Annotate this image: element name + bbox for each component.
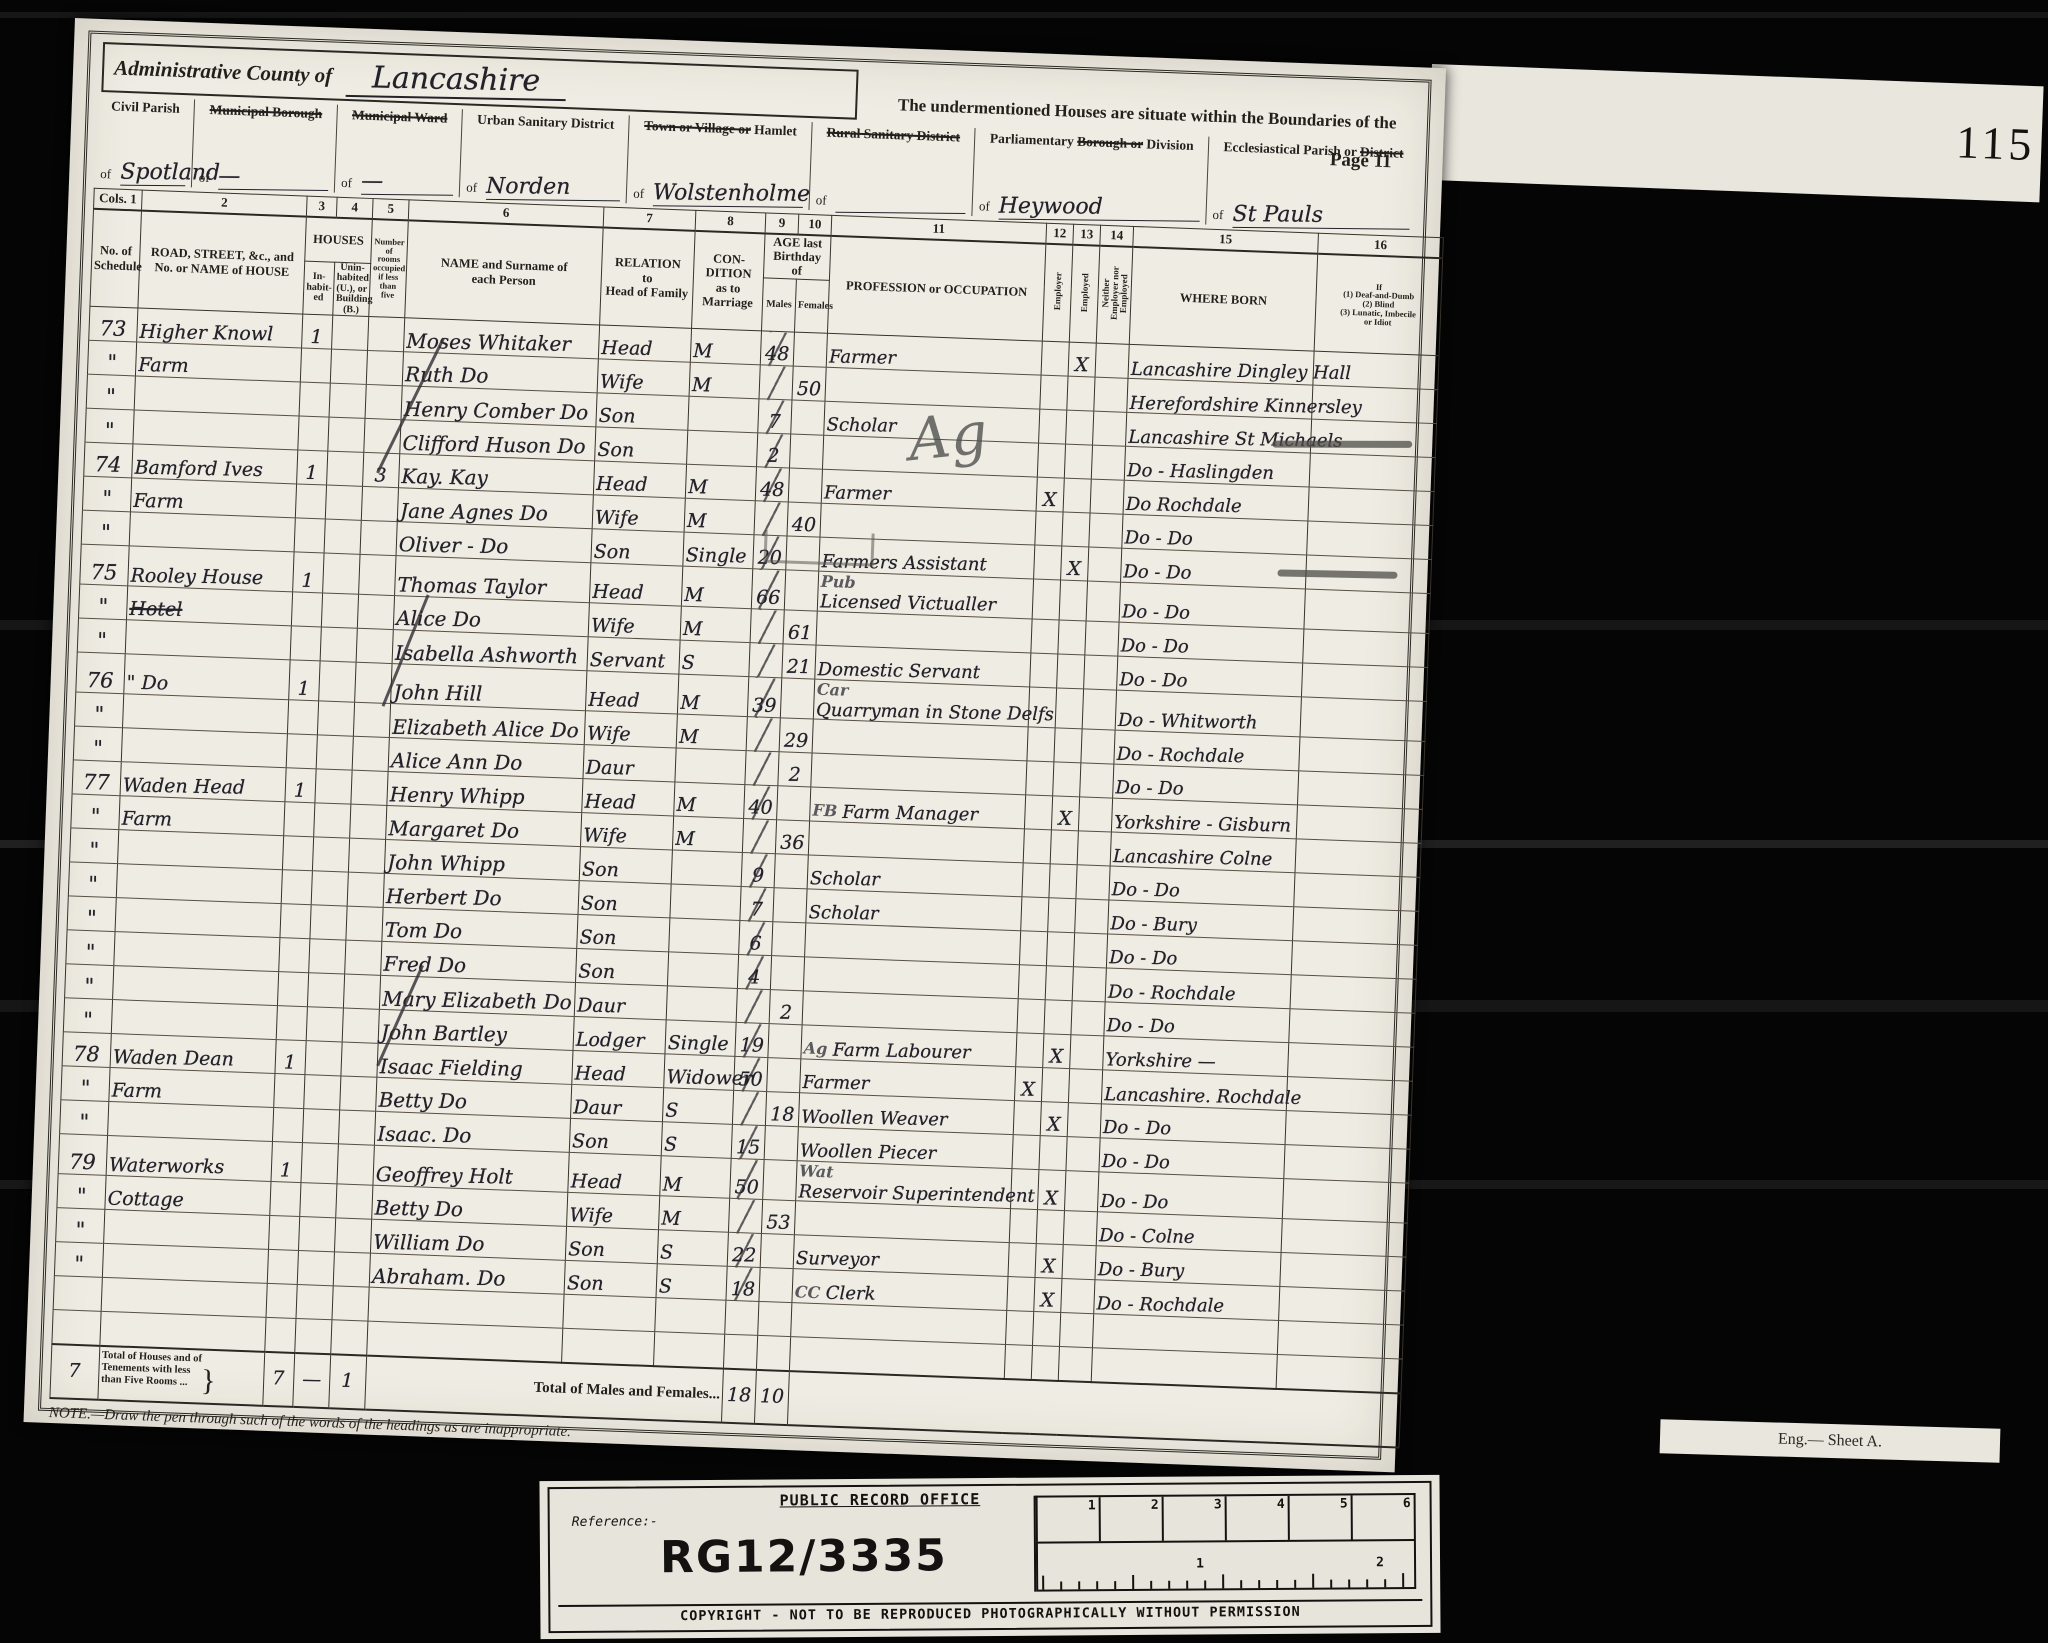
cell-n: Henry Whipp — [387, 772, 583, 813]
cell-i: 1 — [293, 552, 324, 593]
cell-e12 — [1040, 375, 1068, 410]
cell-e14 — [1084, 655, 1118, 690]
cell-x16 — [1289, 1009, 1415, 1048]
cell-e14 — [1082, 689, 1116, 730]
cell-n: Isaac Fielding — [377, 1043, 573, 1084]
cell-s: " — [65, 964, 114, 1000]
ruler-tick — [1402, 1573, 1404, 1587]
cell-s: " — [66, 930, 115, 966]
cell-e14 — [1078, 797, 1112, 832]
cell-u — [298, 1217, 335, 1252]
district-value: Spotland — [120, 160, 186, 187]
cell-n: Clifford Huson Do — [400, 420, 596, 461]
cell-r: Farm — [135, 342, 301, 382]
cell-e13: X — [1035, 1244, 1063, 1279]
cell-e12 — [1021, 897, 1049, 932]
cell-u — [311, 871, 348, 906]
cell-e13 — [1058, 620, 1086, 655]
cell-o: Car Quarryman in Stone Delfs — [813, 679, 1029, 727]
cell-i: 1 — [302, 314, 333, 349]
cell-rel: Son — [591, 529, 684, 566]
district-of: of — [341, 175, 352, 191]
cell-e14 — [1095, 343, 1129, 378]
cell-r: Waden Head — [120, 762, 286, 802]
cell-n: Herbert Do — [383, 874, 579, 915]
cell-am — [746, 717, 780, 752]
pencil-note: Pub — [821, 572, 857, 592]
district-value: Norden — [486, 174, 620, 201]
cell-x16 — [1301, 663, 1427, 702]
cell-s: " — [86, 374, 135, 410]
cell-r: Higher Knowl — [137, 308, 303, 348]
ruler-inch-scale: 12 — [1036, 1539, 1416, 1592]
cell-c — [667, 952, 738, 989]
cell-e14 — [1090, 479, 1124, 514]
cell-i — [281, 870, 312, 905]
form-outline: Administrative County of Lancashire The … — [38, 31, 1432, 1460]
cell-e13 — [1032, 1312, 1060, 1347]
cell-i — [298, 416, 329, 451]
pencil-note: Wat — [799, 1161, 834, 1181]
cell-s: " — [79, 584, 128, 620]
cell-i — [277, 972, 308, 1007]
ruler-tick — [1222, 1574, 1224, 1588]
cell-rel: Wife — [567, 1192, 660, 1229]
cell-r: Waden Dean — [110, 1034, 276, 1074]
cell-m: 3 — [363, 452, 400, 487]
district-label: Parliamentary Borough or Division — [979, 130, 1204, 153]
cell-u — [297, 1251, 334, 1286]
cell-x16 — [1276, 1355, 1402, 1394]
cell-af — [780, 678, 814, 719]
cell-rel: Wife — [592, 495, 685, 532]
cell-i — [276, 1006, 307, 1041]
cell-r: Hotel — [126, 586, 292, 626]
film-scan-background: 115 Eng.— Sheet A. Administrative County… — [0, 0, 2048, 1643]
cell-i: 1 — [289, 660, 320, 701]
cell-e12 — [1034, 545, 1062, 580]
district-field-7: Ecclesiastical Parish or DistrictofSt Pa… — [1206, 137, 1418, 233]
cell-n: Jane Agnes Do — [397, 488, 593, 529]
cell-af: 36 — [775, 820, 809, 855]
cell-i — [286, 734, 317, 769]
cell-x16 — [1277, 1321, 1403, 1360]
cell-m — [359, 554, 396, 595]
cell-am — [750, 609, 784, 644]
cell-i — [272, 1108, 303, 1143]
cell-u — [327, 451, 364, 486]
district-label: Municipal Borough — [199, 102, 333, 122]
cell-u — [324, 519, 361, 554]
cell-b: Do - Rochdale — [1094, 1280, 1280, 1321]
header-uninhabited: Unin- habited (U.), or Building (B.) — [333, 262, 371, 317]
sheet-label: Eng.— Sheet A. — [1778, 1431, 1882, 1452]
cell-c: M — [674, 782, 745, 819]
cell-rel — [562, 1328, 655, 1365]
cell-e12 — [1039, 409, 1067, 444]
district-label: Civil Parish — [101, 98, 191, 116]
totals-houses-label: Total of Houses and of Tenements with le… — [98, 1345, 265, 1405]
cell-i — [270, 1182, 301, 1217]
col-num-13: 13 — [1073, 224, 1101, 245]
cell-e14 — [1067, 1103, 1101, 1138]
cell-u — [320, 627, 357, 662]
col-num-14: 14 — [1100, 225, 1134, 246]
header-relation: RELATION to Head of Family — [600, 227, 696, 328]
cell-am — [728, 1198, 762, 1233]
cell-rel: Son — [565, 1226, 658, 1263]
cell-c: M — [660, 1156, 731, 1199]
cell-m — [331, 1320, 368, 1355]
cell-e13 — [1055, 688, 1083, 729]
cell-b: Do - Bury — [1095, 1246, 1281, 1287]
cell-e14 — [1062, 1245, 1096, 1280]
cell-m — [361, 486, 398, 521]
cell-n: John Hill — [391, 664, 587, 711]
cell-af: 61 — [783, 610, 817, 645]
cell-rel — [563, 1294, 656, 1331]
cell-x16 — [1285, 1111, 1411, 1150]
cell-e13 — [1044, 1000, 1072, 1035]
cell-u — [302, 1109, 339, 1144]
cell-am — [749, 643, 783, 678]
cell-c: M — [690, 328, 761, 365]
cell-r: Farm — [119, 796, 285, 836]
cell-c: M — [689, 362, 760, 399]
cell-e12 — [1013, 1101, 1041, 1136]
ruler-tick — [1042, 1576, 1044, 1590]
col-num-3: 3 — [306, 196, 337, 217]
cell-am: 9 — [741, 853, 775, 888]
cell-am — [745, 751, 779, 786]
cell-m — [352, 736, 389, 771]
cell-af: 2 — [769, 990, 803, 1025]
ruler-tick — [1366, 1579, 1368, 1587]
cell-u — [317, 701, 354, 736]
header-road: ROAD, STREET, &c., and No. or NAME of HO… — [138, 210, 306, 314]
cell-u — [301, 1143, 338, 1184]
cell-e14 — [1061, 1279, 1095, 1314]
cell-i: 1 — [275, 1040, 306, 1075]
cell-b: Do - Haslingden — [1124, 446, 1310, 487]
cell-e12: X — [1036, 477, 1064, 512]
cell-e12: X — [1014, 1067, 1042, 1102]
cell-n: Alice Ann Do — [388, 738, 584, 779]
cell-af: 2 — [778, 752, 812, 787]
cell-e12 — [1019, 931, 1047, 966]
cell-af — [767, 1058, 801, 1093]
cell-s: " — [71, 794, 120, 830]
ruler-cm-cell: 4 — [1227, 1496, 1290, 1540]
cell-e12 — [1012, 1135, 1040, 1170]
cell-e13 — [1064, 444, 1092, 479]
cell-m — [336, 1184, 373, 1219]
cell-am: 48 — [755, 467, 789, 502]
cell-u — [329, 383, 366, 418]
cell-i — [287, 700, 318, 735]
cell-i — [280, 904, 311, 939]
cell-s: " — [54, 1242, 103, 1278]
cell-e12 — [1022, 863, 1050, 898]
cell-m — [357, 594, 394, 629]
cell-e12 — [1023, 829, 1051, 864]
cell-am: 50 — [734, 1057, 768, 1092]
cell-e12 — [1006, 1311, 1034, 1346]
cell-s: 74 — [84, 442, 133, 478]
col-num-5: 5 — [372, 199, 409, 220]
cell-af — [759, 1268, 793, 1303]
cell-s: " — [75, 692, 124, 728]
ruler-tick — [1276, 1580, 1278, 1588]
cell-m — [353, 702, 390, 737]
cell-m — [351, 770, 388, 805]
cell-e12 — [1037, 443, 1065, 478]
cell-m — [368, 317, 405, 352]
pencil-note: CC — [794, 1282, 826, 1302]
cell-e13 — [1045, 966, 1073, 1001]
cell-af: 29 — [779, 718, 813, 753]
cell-x16 — [1279, 1287, 1405, 1326]
cell-c: Single — [683, 532, 754, 569]
cell-af — [770, 956, 804, 991]
cell-s: " — [63, 998, 112, 1034]
cell-am: 50 — [730, 1158, 764, 1199]
district-value: — — [219, 164, 329, 191]
cell-e13 — [1036, 1210, 1064, 1245]
cell-e14 — [1091, 445, 1125, 480]
cell-x16 — [1281, 1219, 1407, 1258]
district-of: of — [1212, 207, 1223, 223]
cell-u — [323, 553, 360, 594]
totals-inhabited: 7 — [263, 1351, 295, 1406]
cell-u — [300, 1183, 337, 1218]
district-label: Urban Sanitary District — [467, 111, 626, 132]
cell-n: Geoffrey Holt — [373, 1145, 569, 1192]
col-num-10: 10 — [798, 214, 832, 235]
cell-rel: Son — [575, 949, 668, 986]
header-employed: Employed — [1069, 244, 1100, 343]
cell-am: 2 — [757, 433, 791, 468]
cell-n: Mary Elizabeth Do — [379, 975, 575, 1016]
cell-s — [52, 1310, 101, 1346]
cell-e13 — [1039, 1136, 1067, 1171]
cell-e13 — [1048, 898, 1076, 933]
district-label: Rural Sanitary District — [816, 124, 971, 145]
cell-e12 — [1004, 1345, 1032, 1380]
cell-am: 7 — [758, 399, 792, 434]
header-employer: Employer — [1042, 243, 1073, 342]
cell-rel: Son — [569, 1119, 662, 1156]
totals-schedule: 7 — [50, 1344, 100, 1400]
cell-c: M — [658, 1196, 729, 1233]
cell-i — [279, 938, 310, 973]
district-field-0: Civil ParishofSpotland — [94, 96, 196, 188]
cell-e12 — [1017, 999, 1045, 1034]
ruler-tick — [1384, 1579, 1386, 1587]
cell-c: Widower — [664, 1054, 735, 1091]
col-num-8: 8 — [695, 210, 766, 233]
cell-e14 — [1075, 899, 1109, 934]
cell-x16 — [1296, 805, 1422, 844]
cell-m — [366, 351, 403, 386]
cell-m — [337, 1144, 374, 1185]
cell-x16 — [1288, 1043, 1414, 1082]
cell-s: 73 — [89, 306, 138, 342]
district-of: of — [198, 170, 209, 186]
cell-e13 — [1053, 762, 1081, 797]
cell-r: Rooley House — [128, 546, 294, 592]
ruler-tick — [1168, 1581, 1170, 1589]
cell-e13: X — [1061, 546, 1089, 581]
cell-e14 — [1076, 865, 1110, 900]
cell-m — [345, 940, 382, 975]
district-of: of — [100, 166, 111, 182]
cell-s: 76 — [76, 652, 125, 694]
cell-s: " — [85, 408, 134, 444]
cell-af — [760, 1234, 794, 1269]
cell-rel: Son — [577, 915, 670, 952]
cell-e14 — [1070, 1035, 1104, 1070]
cell-e13 — [1062, 512, 1090, 547]
cell-c — [687, 430, 758, 467]
cell-u — [330, 349, 367, 384]
cell-e13: X — [1068, 342, 1096, 377]
cell-u — [306, 1007, 343, 1042]
ruler-tick — [1096, 1581, 1098, 1589]
cell-af — [758, 1302, 792, 1337]
cell-m — [338, 1110, 375, 1145]
cell-rel: Wife — [584, 711, 677, 748]
header-occupation: PROFESSION or OCCUPATION — [827, 235, 1045, 341]
cell-am: 39 — [747, 677, 781, 718]
cell-e13 — [1059, 580, 1087, 621]
cell-u — [328, 417, 365, 452]
cell-b: Do - Rochdale — [1114, 730, 1300, 771]
cell-c: M — [685, 464, 756, 501]
cell-i — [274, 1074, 305, 1109]
cell-e12 — [1026, 761, 1054, 796]
cell-u — [321, 593, 358, 628]
cell-e12 — [1016, 1033, 1044, 1068]
film-frame-number: 115 — [1955, 115, 2042, 171]
cell-e13 — [1049, 864, 1077, 899]
pencil-note: FB — [812, 801, 843, 821]
cell-r: Bamford Ives — [132, 444, 298, 484]
paper-bottom-sliver: Eng.— Sheet A. — [1660, 1419, 2001, 1462]
cell-af: 18 — [765, 1092, 799, 1127]
cell-s: " — [68, 862, 117, 898]
cell-b: Do - Bury — [1108, 900, 1294, 941]
cell-b: Lancashire. Rochdale — [1101, 1070, 1287, 1111]
cell-e12 — [1032, 579, 1060, 620]
header-infirmities: If (1) Deaf-and-Dumb (2) Blind (3) Lunat… — [1314, 253, 1443, 356]
cell-rel: Son — [595, 427, 688, 464]
cell-i — [300, 348, 331, 383]
cell-am: 40 — [744, 785, 778, 820]
cell-rel: Wife — [597, 359, 690, 396]
ruler-tick — [1240, 1580, 1242, 1588]
cell-s: " — [87, 340, 136, 376]
cell-e14 — [1094, 377, 1128, 412]
cell-m — [364, 419, 401, 454]
cell-i — [269, 1216, 300, 1251]
cell-s: " — [81, 510, 130, 546]
cell-x16 — [1308, 487, 1434, 526]
header-condition: CON- DITION as to Marriage — [692, 230, 766, 331]
cell-rel: Daur — [574, 983, 667, 1020]
ruler-cm-cell: 6 — [1353, 1495, 1414, 1539]
cell-e14 — [1081, 729, 1115, 764]
district-value — [835, 212, 965, 214]
cell-n: Isabella Ashworth — [392, 630, 588, 671]
administrative-county-label: Administrative County of — [114, 55, 333, 88]
cell-u — [332, 315, 369, 350]
cell-am: 6 — [739, 921, 773, 956]
cell-m — [334, 1218, 371, 1253]
totals-uninhabited: — — [293, 1353, 331, 1408]
cell-i — [295, 484, 326, 519]
ruler-tick — [1204, 1580, 1206, 1588]
cell-i — [265, 1317, 296, 1352]
stamp-reference-number: RG12/3335 — [660, 1530, 948, 1583]
cell-e13 — [1054, 728, 1082, 763]
cell-s: 79 — [58, 1134, 107, 1176]
cell-c: M — [681, 566, 752, 609]
header-houses: HOUSES — [305, 216, 373, 263]
header-age: AGE last Birthday of — [763, 233, 831, 280]
cell-e13: X — [1037, 1170, 1065, 1211]
cell-x16 — [1291, 941, 1417, 980]
ruler-tick — [1150, 1581, 1152, 1589]
cell-b: Do - Colne — [1096, 1212, 1282, 1253]
cell-n: Margaret Do — [386, 806, 582, 847]
district-field-5: Rural Sanitary Districtof — [809, 122, 975, 216]
cell-n: John Bartley — [378, 1009, 574, 1050]
cell-i — [284, 802, 315, 837]
cell-af — [777, 786, 811, 821]
cell-m — [365, 385, 402, 420]
cell-rel: Head — [572, 1051, 665, 1088]
header-name: NAME and Surname of each Person — [405, 220, 603, 325]
cell-af: 53 — [761, 1200, 795, 1235]
cell-u — [319, 661, 356, 702]
cell-af: 50 — [792, 366, 826, 401]
cell-rel: Daur — [583, 745, 676, 782]
cell-n: William Do — [370, 1219, 566, 1260]
cell-b: Do - Whitworth — [1115, 690, 1301, 737]
public-record-office-stamp: PUBLIC RECORD OFFICE Reference:- RG12/33… — [539, 1475, 1440, 1639]
cell-b: Yorkshire - Gisburn — [1111, 798, 1297, 839]
cell-e12 — [1031, 619, 1059, 654]
cell-x16 — [1300, 697, 1426, 742]
cell-r: " Do — [124, 654, 290, 700]
cell-af — [788, 468, 822, 503]
cell-e12 — [1008, 1243, 1036, 1278]
cell-af: 40 — [787, 502, 821, 537]
cell-c — [675, 748, 746, 785]
cell-am: 66 — [751, 569, 785, 610]
cell-am: 18 — [726, 1266, 760, 1301]
col-num-1: Cols. 1 — [94, 188, 143, 210]
district-value: St Pauls — [1232, 202, 1409, 230]
cell-x16 — [1305, 555, 1431, 594]
cell-e12 — [1030, 653, 1058, 688]
cell-u — [310, 905, 347, 940]
totals-rooms: 1 — [329, 1354, 367, 1409]
cell-i — [266, 1284, 297, 1319]
cell-s: " — [67, 896, 116, 932]
cell-i — [291, 592, 322, 627]
